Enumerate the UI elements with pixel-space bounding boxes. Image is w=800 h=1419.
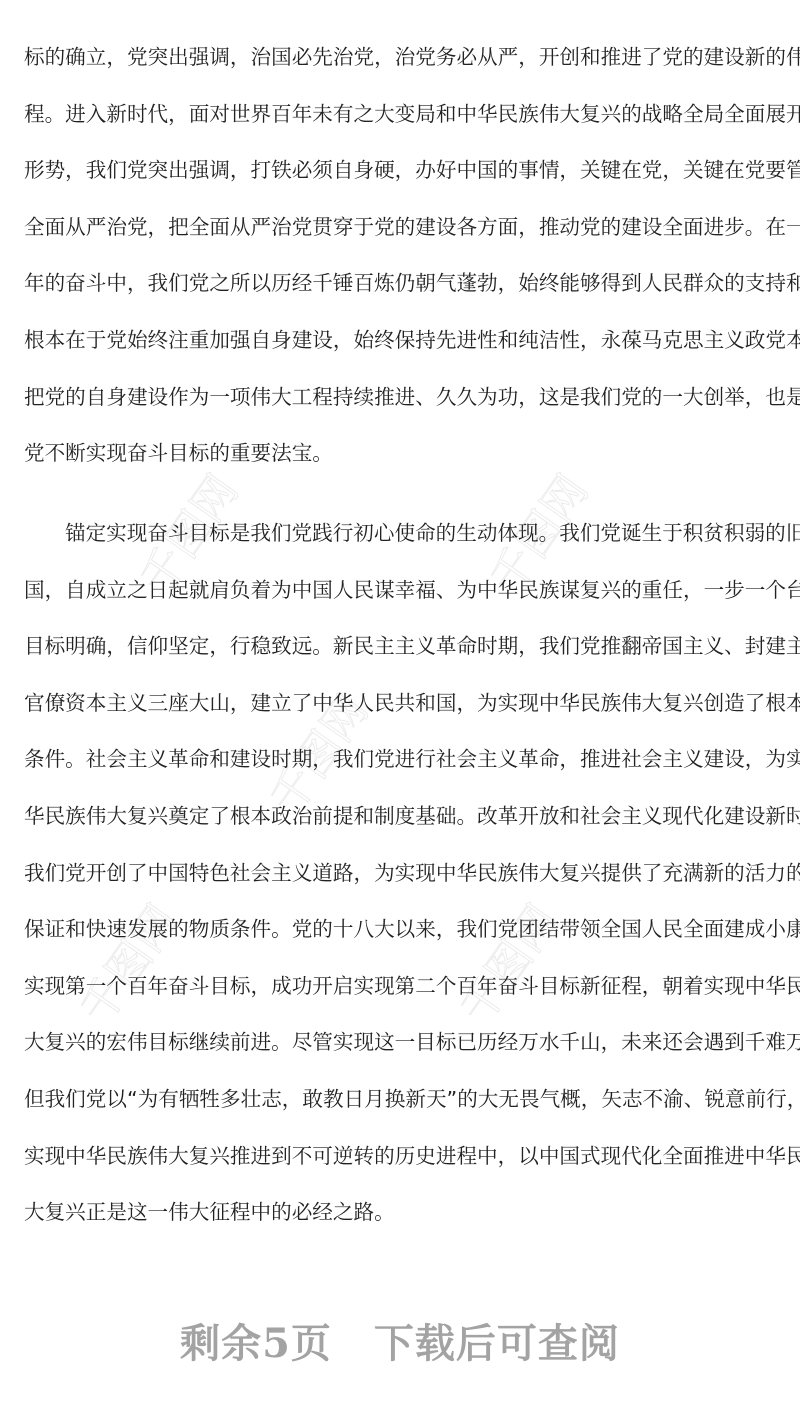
remaining-pages-label: 剩余5页	[180, 1320, 332, 1367]
paragraph-line: 形势，我们党突出强调，打铁必须自身硬，办好中国的事情，关键在党，关键在党要管党、	[24, 142, 776, 199]
paragraph-line: 锚定实现奋斗目标是我们党践行初心使命的生动体现。我们党诞生于积贫积弱的旧中	[24, 505, 776, 562]
download-to-view-label: 下载后可查阅	[374, 1320, 620, 1367]
paragraph-1: 标的确立，党突出强调，治国必先治党，治党务必从严，开创和推进了党的建设新的伟大工…	[24, 29, 776, 482]
paragraph-line: 全面从严治党，把全面从严治党贯穿于党的建设各方面，推动党的建设全面进步。在一百多	[24, 199, 776, 256]
paragraph-line: 华民族伟大复兴奠定了根本政治前提和制度基础。改革开放和社会主义现代化建设新时期，	[24, 788, 776, 845]
paragraph-line: 标的确立，党突出强调，治国必先治党，治党务必从严，开创和推进了党的建设新的伟大工	[24, 29, 776, 86]
paragraph-line: 实现第一个百年奋斗目标，成功开启实现第二个百年奋斗目标新征程，朝着实现中华民族伟	[24, 958, 776, 1015]
paragraph-line: 党不断实现奋斗目标的重要法宝。	[24, 425, 776, 482]
paragraph-line: 目标明确，信仰坚定，行稳致远。新民主主义革命时期，我们党推翻帝国主义、封建主义、	[24, 618, 776, 675]
paragraph-line: 大复兴的宏伟目标继续前进。尽管实现这一目标已历经万水千山，未来还会遇到千难万险，	[24, 1014, 776, 1071]
paragraph-line: 我们党开创了中国特色社会主义道路，为实现中华民族伟大复兴提供了充满新的活力的体制	[24, 845, 776, 902]
paragraph-line: 国，自成立之日起就肩负着为中国人民谋幸福、为中华民族谋复兴的重任，一步一个台阶，	[24, 562, 776, 619]
paragraph-line: 把党的自身建设作为一项伟大工程持续推进、久久为功，这是我们党的一大创举，也是我们	[24, 369, 776, 426]
paragraph-line: 根本在于党始终注重加强自身建设，始终保持先进性和纯洁性，永葆马克思主义政党本色。	[24, 312, 776, 369]
paragraph-line: 但我们党以“为有牺牲多壮志，敢教日月换新天”的大无畏气概，矢志不渝、锐意前行，把	[24, 1071, 776, 1128]
document-page: 千图网 千图网 千图网 千图网 千图网 标的确立，党突出强调，治国必先治党，治党…	[0, 0, 800, 1419]
download-prompt-banner[interactable]: 剩余5页下载后可查阅	[0, 1316, 800, 1372]
paragraph-line: 大复兴正是这一伟大征程中的必经之路。	[24, 1184, 776, 1241]
paragraph-line: 实现中华民族伟大复兴推进到不可逆转的历史进程中，以中国式现代化全面推进中华民族伟	[24, 1128, 776, 1185]
paragraph-line: 保证和快速发展的物质条件。党的十八大以来，我们党团结带领全国人民全面建成小康社会…	[24, 901, 776, 958]
paragraph-line: 条件。社会主义革命和建设时期，我们党进行社会主义革命，推进社会主义建设，为实现中	[24, 731, 776, 788]
paragraph-line: 年的奋斗中，我们党之所以历经千锤百炼仍朝气蓬勃，始终能够得到人民群众的支持和拥护…	[24, 255, 776, 312]
paragraph-2: 锚定实现奋斗目标是我们党践行初心使命的生动体现。我们党诞生于积贫积弱的旧中 国，…	[24, 505, 776, 1241]
paragraph-line: 官僚资本主义三座大山，建立了中华人民共和国，为实现中华民族伟大复兴创造了根本社会	[24, 675, 776, 732]
paragraph-line: 程。进入新时代，面对世界百年未有之大变局和中华民族伟大复兴的战略全局全面展开的新	[24, 86, 776, 143]
